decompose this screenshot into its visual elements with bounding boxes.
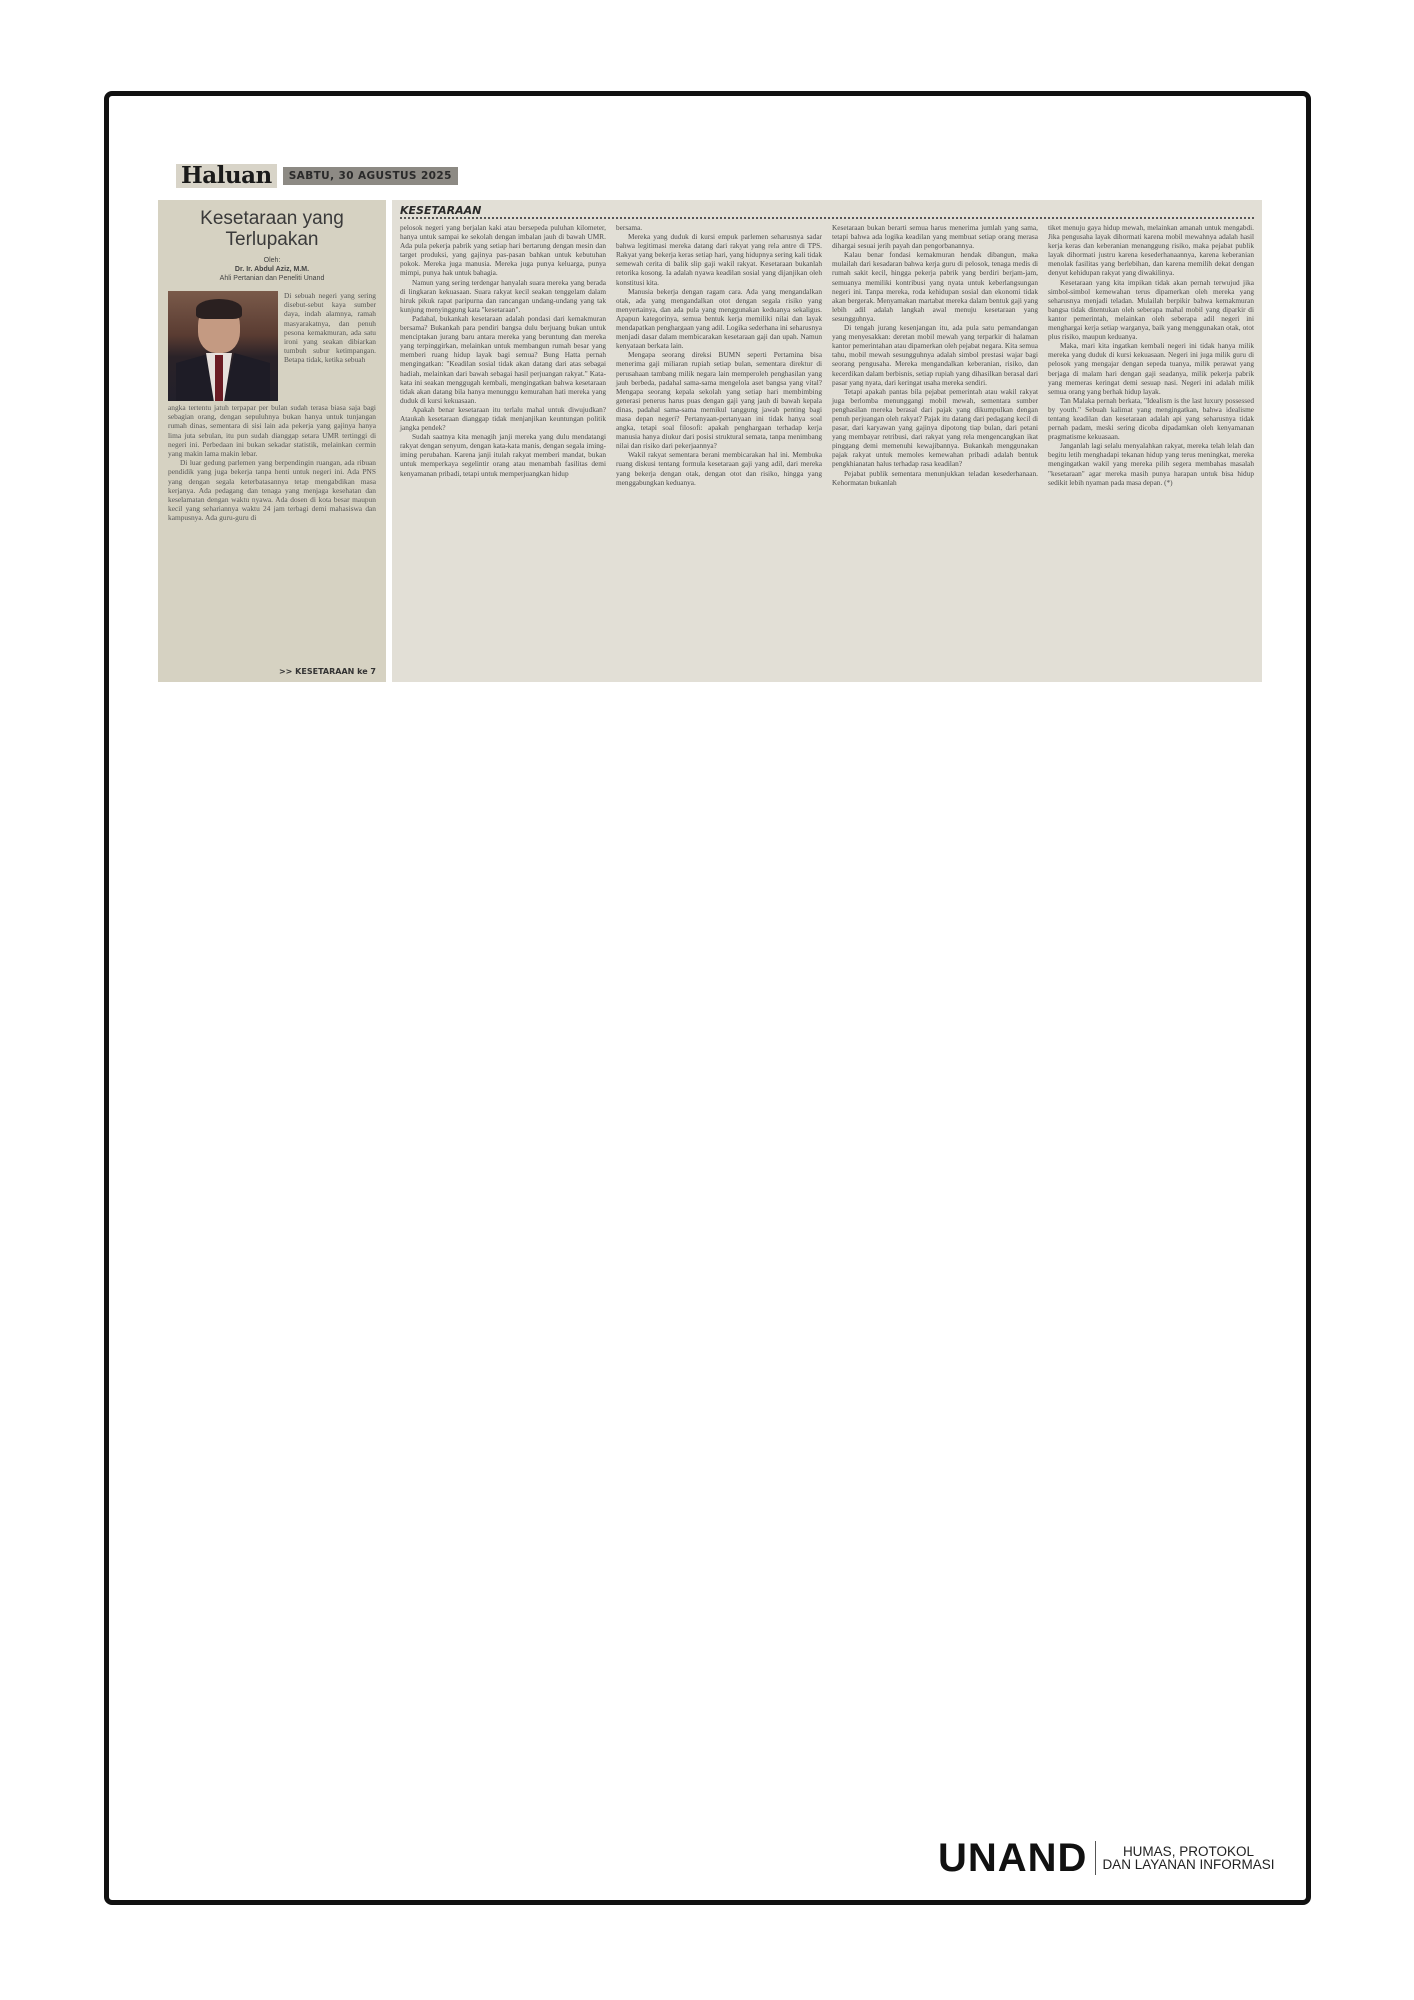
continued-label: KESETARAAN ke 7 — [295, 667, 376, 676]
paragraph: Janganlah lagi selalu menyalahkan rakyat… — [1048, 441, 1254, 486]
article-lead-body: angka tertentu jatuh terpapar per bulan … — [168, 403, 376, 523]
article-title: Kesetaraan yang Terlupakan — [168, 208, 376, 250]
continuation-section-head: KESETARAAN — [400, 204, 1254, 219]
article-continuation: KESETARAAN pelosok negeri yang berjalan … — [392, 200, 1262, 682]
paragraph: Kesetaraan yang kita impikan tidak akan … — [1048, 278, 1254, 342]
byline-label: Oleh: — [168, 256, 376, 265]
paragraph: Pejabat publik sementara menunjukkan tel… — [832, 469, 1038, 487]
text-column-3: Kesetaraan bukan berarti semua harus men… — [832, 223, 1038, 487]
paragraph: Maka, mari kita ingatkan kembali negeri … — [1048, 341, 1254, 396]
paragraph: Apakah benar kesetaraan itu terlalu maha… — [400, 405, 606, 432]
article-title-line-2: Terlupakan — [168, 229, 376, 250]
text-column-1: pelosok negeri yang berjalan kaki atau b… — [400, 223, 606, 487]
article-intro: Di sebuah negeri yang sering disebut-seb… — [284, 291, 376, 401]
section-head-label: KESETARAAN — [400, 204, 481, 217]
byline: Oleh: Dr. Ir. Abdul Aziz, M.M. Ahli Pert… — [168, 256, 376, 283]
unand-wordmark: UNAND — [938, 1838, 1087, 1878]
text-column-4: tiket menuju gaya hidup mewah, melainkan… — [1048, 223, 1254, 487]
portrait-tie — [215, 355, 223, 401]
portrait-hair — [196, 299, 242, 319]
paragraph: Tan Malaka pernah berkata, "Idealism is … — [1048, 396, 1254, 441]
paragraph: Namun yang sering terdengar hanyalah sua… — [400, 278, 606, 314]
author-portrait-image — [168, 291, 278, 401]
paragraph: Kesetaraan bukan berarti semua harus men… — [832, 223, 1038, 250]
author-role: Ahli Pertanian dan Peneliti Unand — [168, 274, 376, 283]
paragraph: pelosok negeri yang berjalan kaki atau b… — [400, 223, 606, 278]
newspaper-clipping: Kesetaraan yang Terlupakan Oleh: Dr. Ir.… — [158, 200, 1262, 682]
article-title-line-1: Kesetaraan yang — [168, 208, 376, 229]
paragraph: Tetapi apakah pantas bila pejabat pemeri… — [832, 387, 1038, 469]
logo-divider — [1095, 1841, 1096, 1875]
unit-name-line-2: DAN LAYANAN INFORMASI — [1102, 1858, 1274, 1871]
newspaper-masthead: Haluan SABTU, 30 AGUSTUS 2025 — [176, 164, 458, 188]
paragraph: Manusia bekerja dengan ragam cara. Ada y… — [616, 287, 822, 351]
continuation-columns: pelosok negeri yang berjalan kaki atau b… — [400, 223, 1254, 487]
unit-name: HUMAS, PROTOKOL DAN LAYANAN INFORMASI — [1102, 1845, 1274, 1871]
paragraph: bersama. — [616, 223, 822, 232]
photo-row: Di sebuah negeri yang sering disebut-seb… — [168, 291, 376, 401]
lead-paragraph: angka tertentu jatuh terpapar per bulan … — [168, 403, 376, 458]
publication-date: SABTU, 30 AGUSTUS 2025 — [283, 167, 458, 185]
paragraph: Di tengah jurang kesenjangan itu, ada pu… — [832, 323, 1038, 387]
paragraph: Wakil rakyat sementara berani membicarak… — [616, 450, 822, 486]
text-column-2: bersama. Mereka yang duduk di kursi empu… — [616, 223, 822, 487]
lead-paragraph: Di luar gedung parlemen yang berpendingi… — [168, 458, 376, 522]
paragraph: Sudah saatnya kita menagih janji mereka … — [400, 432, 606, 477]
paragraph: Padahal, bukankah kesetaraan adalah pond… — [400, 314, 606, 405]
author-name: Dr. Ir. Abdul Aziz, M.M. — [168, 265, 376, 274]
article-lead-column: Kesetaraan yang Terlupakan Oleh: Dr. Ir.… — [158, 200, 386, 682]
newspaper-logo-box: Haluan — [176, 164, 277, 188]
unand-humas-logo: UNAND HUMAS, PROTOKOL DAN LAYANAN INFORM… — [938, 1838, 1274, 1878]
newspaper-logo: Haluan — [181, 164, 272, 188]
paragraph: Mereka yang duduk di kursi empuk parleme… — [616, 232, 822, 287]
continued-on-page-7: >> KESETARAAN ke 7 — [279, 667, 376, 676]
paragraph: Mengapa seorang direksi BUMN seperti Per… — [616, 350, 822, 450]
paragraph: tiket menuju gaya hidup mewah, melainkan… — [1048, 223, 1254, 278]
paragraph: Kalau benar fondasi kemakmuran hendak di… — [832, 250, 1038, 323]
